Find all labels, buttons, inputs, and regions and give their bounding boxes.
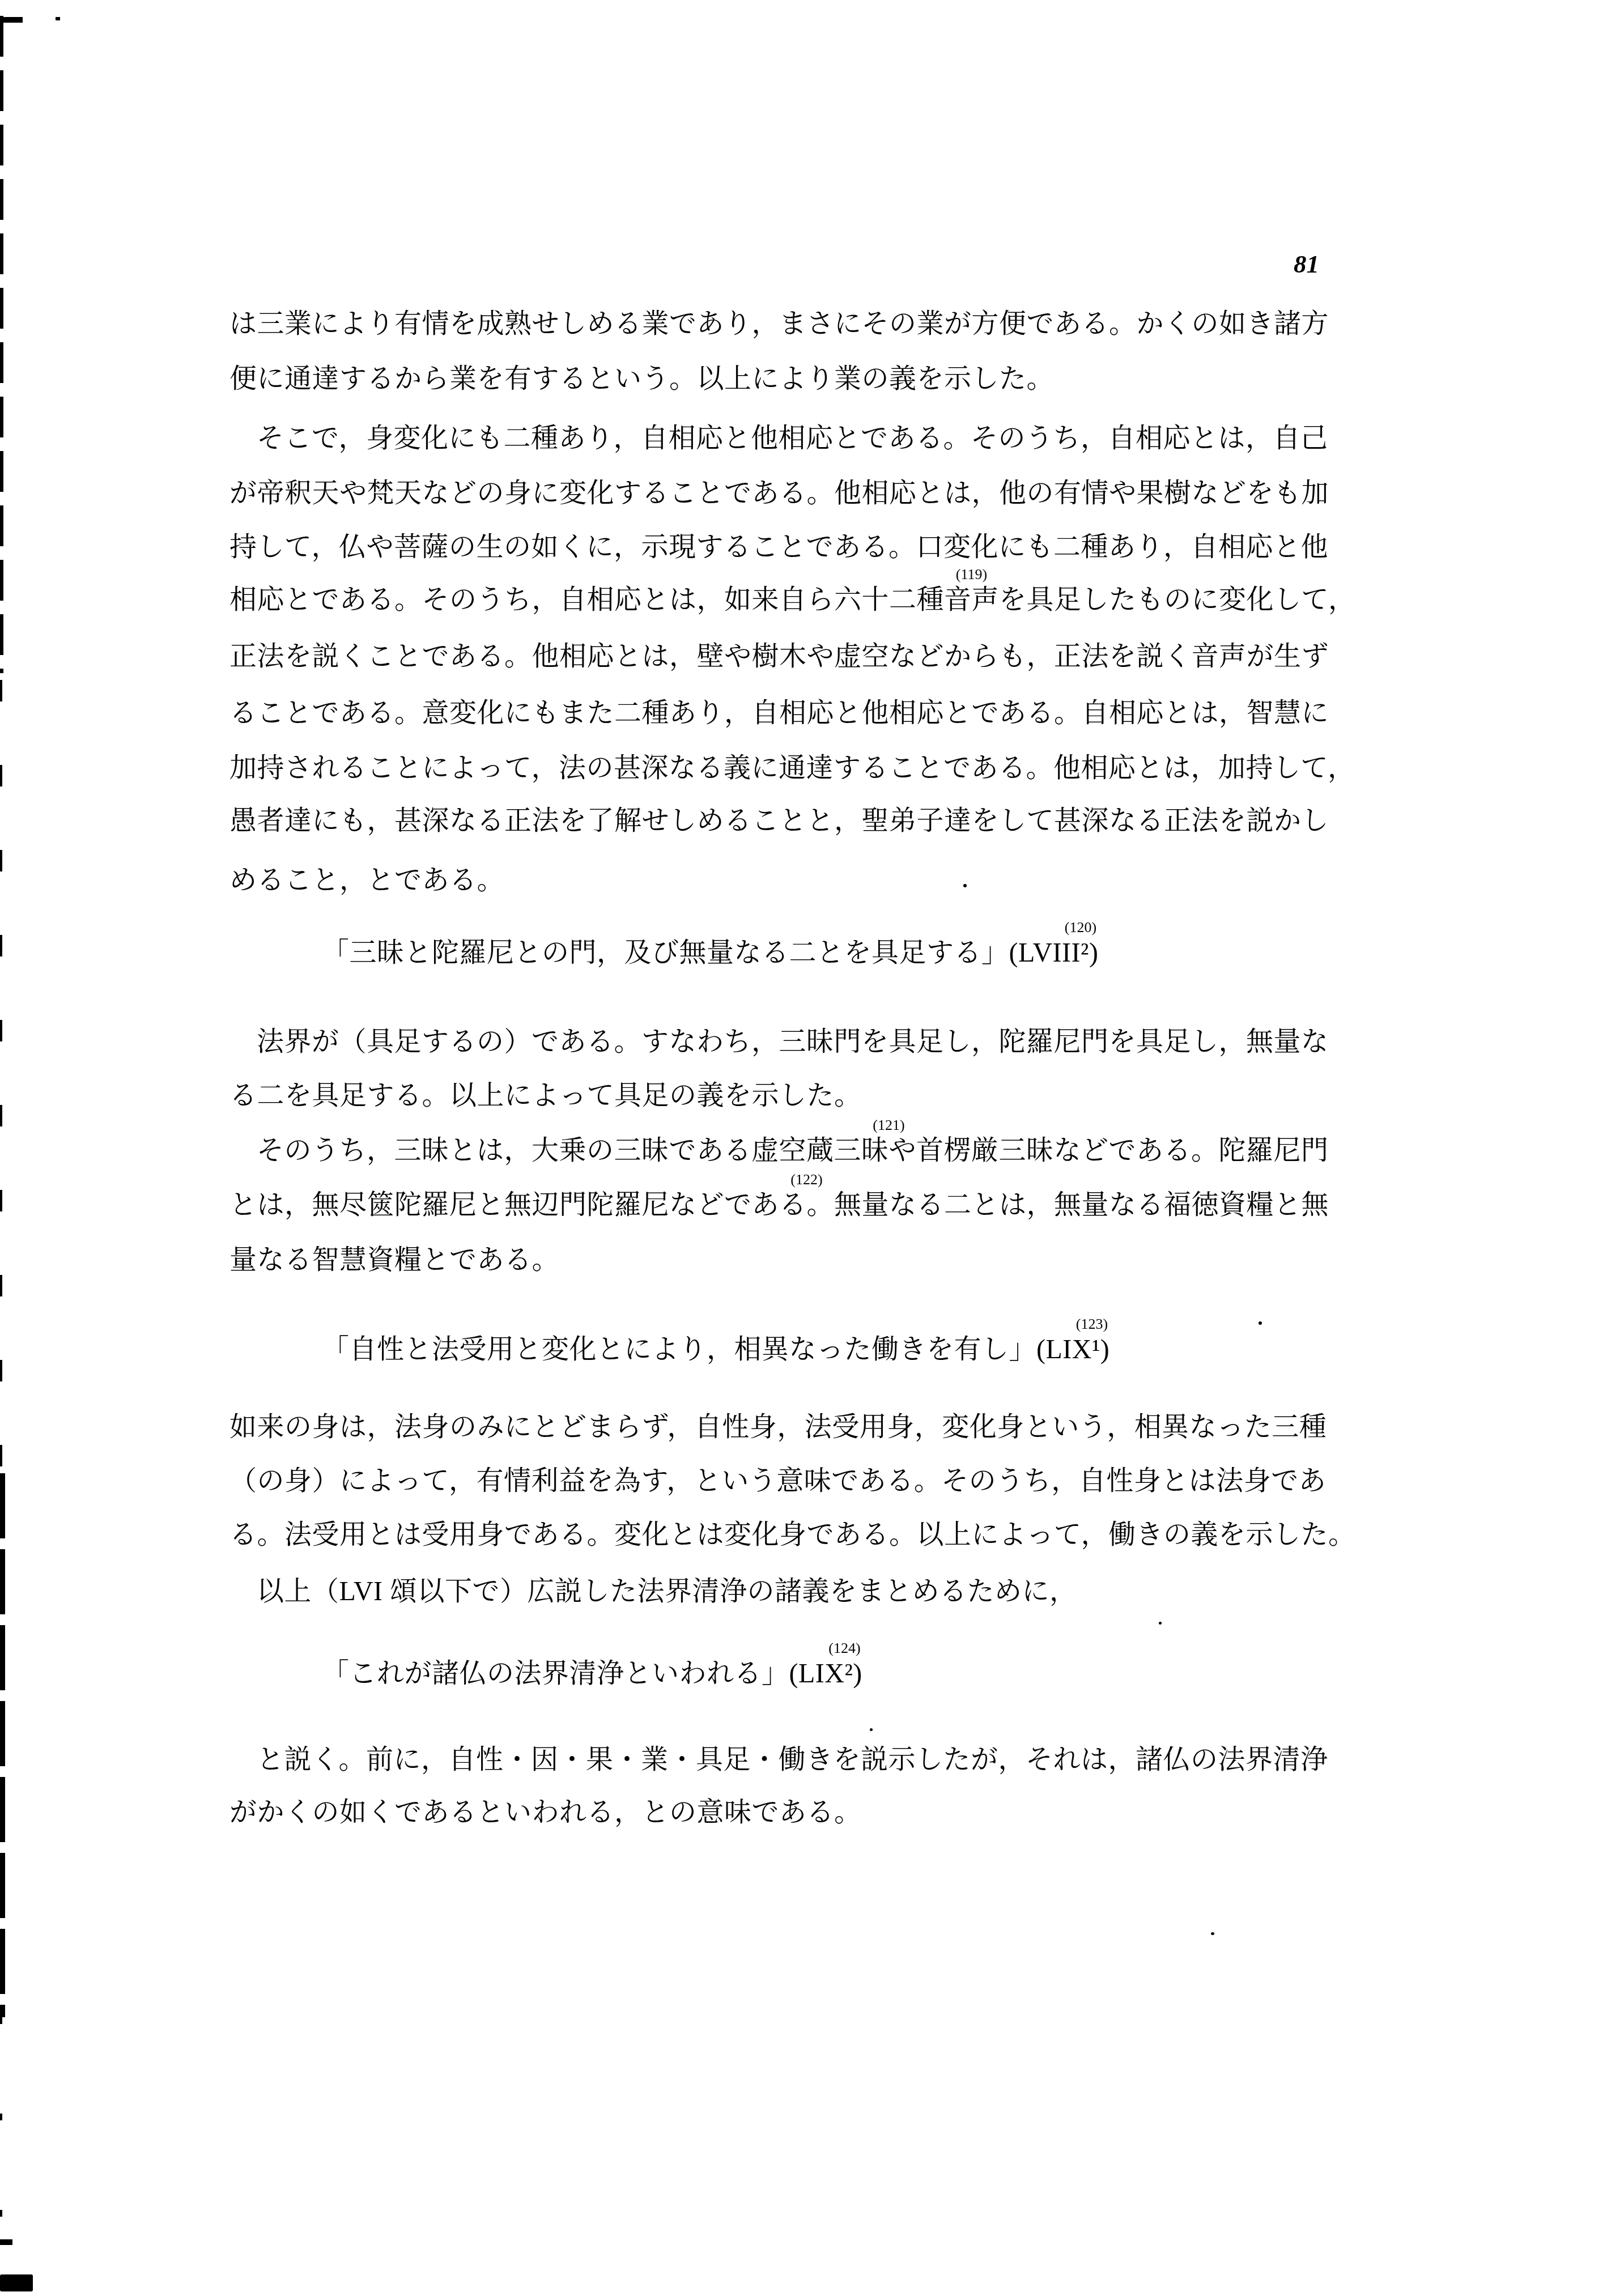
text-segment: が帝釈天や梵天などの身に変化することである。他相応とは，他の有情や果樹などをも加: [229, 480, 1329, 507]
text-segment: 。無量なる二とは，無量なる福徳資糧と無: [807, 1192, 1329, 1219]
scan-artifact-corner-speck: [2, 17, 23, 23]
text-segment: がかくの如くであるといわれる，との意味である。: [229, 1799, 862, 1826]
text-segment: めること，とである。: [229, 867, 504, 894]
footnote-marker: (121): [873, 1118, 904, 1133]
text-line: 以上（LVI 頌以下で）広説した法界清浄の諸義をまとめるために，: [257, 1578, 1077, 1605]
text-line: 正法を説くことである。他相応とは，壁や樹木や虚空などからも，正法を説く音声が生ず: [229, 643, 1329, 670]
footnote-marker: (122): [790, 1172, 822, 1187]
text-line: （の身）によって，有情利益を為す，という意味である。そのうち，自性身とは法身であ: [229, 1468, 1326, 1495]
text-line: 如来の身は，法身のみにとどまらず，自性身，法受用身，変化身という，相異なった三種: [229, 1414, 1327, 1441]
text-line: そこで，身変化にも二種あり，自相応と他相応とである。そのうち，自相応とは，自己: [257, 425, 1328, 452]
text-segment: 持して，仏や菩薩の生の如くに，示現することである。口変化にも二種あり，自相応と他: [229, 534, 1328, 561]
text-segment: 「自性と法受用と変化とにより，相異なった働きを有し」(LIX(123): [322, 1336, 1092, 1363]
footnote-marker: (119): [956, 567, 987, 582]
text-line: 相応とである。そのうち，自相応とは，如来自ら六十二種音(119)声を具足したもの…: [229, 586, 1356, 614]
text-segment: 便に通達するから業を有するという。以上により業の義を示した。: [229, 365, 1054, 393]
text-segment: ²): [1081, 939, 1098, 967]
text-line: 愚者達にも，甚深なる正法を了解せしめることと，聖弟子達をして甚深なる正法を説かし: [229, 807, 1329, 835]
text-segment: 量なる智慧資糧とである。: [229, 1247, 559, 1274]
text-line: とは，無尽篋陀羅尼と無辺門陀羅尼などである(122)。無量なる二とは，無量なる福…: [229, 1192, 1329, 1219]
scan-speck: [963, 884, 967, 887]
text-line: る二を具足する。以上によって具足の義を示した。: [229, 1082, 862, 1109]
text-line: 法界が（具足するの）である。すなわち，三昧門を具足し，陀羅尼門を具足し，無量な: [257, 1028, 1329, 1056]
text-line: 持して，仏や菩薩の生の如くに，示現することである。口変化にも二種あり，自相応と他: [229, 534, 1328, 561]
scan-speck: [1211, 1932, 1214, 1935]
text-line: は三業により有情を成熟せしめる業であり，まさにその業が方便である。かくの如き諸方: [229, 311, 1329, 338]
text-segment: （の身）によって，有情利益を為す，という意味である。そのうち，自性身とは法身であ: [229, 1468, 1326, 1495]
scan-artifact-bottom-blob: [0, 2274, 33, 2291]
scan-speck: [870, 1728, 873, 1731]
footnote-marker: (124): [828, 1641, 860, 1656]
footnote-marker: (120): [1065, 920, 1096, 935]
scan-artifact-tick: [0, 2239, 12, 2245]
text-line: がかくの如くであるといわれる，との意味である。: [229, 1799, 862, 1826]
text-segment: ²): [844, 1660, 862, 1687]
text-segment: と説く。前に，自性・因・果・業・具足・働きを説示したが，それは，諸仏の法界清浄: [257, 1746, 1328, 1774]
text-segment: 正法を説くことである。他相応とは，壁や樹木や虚空などからも，正法を説く音声が生ず: [229, 643, 1329, 670]
text-line: 「これが諸仏の法界清浄といわれる」(LIX(124)²): [322, 1660, 862, 1687]
text-line: 加持されることによって，法の甚深なる義に通達することである。他相応とは，加持して…: [229, 755, 1355, 782]
text-segment: る二を具足する。以上によって具足の義を示した。: [229, 1082, 862, 1109]
text-segment: 愚者達にも，甚深なる正法を了解せしめることと，聖弟子達をして甚深なる正法を説かし: [229, 807, 1329, 835]
text-segment: や首楞厳三昧などである。陀羅尼門: [889, 1137, 1329, 1164]
text-segment: 「これが諸仏の法界清浄といわれる」(LIX(124): [322, 1660, 844, 1687]
text-line: ることである。意変化にもまた二種あり，自相応と他相応とである。自相応とは，智慧に: [229, 700, 1329, 727]
scanned-document-page: 81 は三業により有情を成熟せしめる業であり，まさにその業が方便である。かくの如…: [0, 0, 1624, 2296]
text-segment: ¹): [1092, 1336, 1109, 1363]
scan-artifact-left-edge: [0, 16, 3, 673]
footnote-marker: (123): [1076, 1317, 1108, 1332]
text-segment: 声を具足したものに変化して，: [972, 586, 1356, 614]
text-segment: 以上（LVI 頌以下で）広説した法界清浄の諸義をまとめるために，: [257, 1578, 1077, 1605]
scan-speck: [1159, 1622, 1162, 1625]
text-segment: そこで，身変化にも二種あり，自相応と他相応とである。そのうち，自相応とは，自己: [257, 425, 1328, 452]
scan-artifact-left-edge: [0, 680, 2, 1473]
text-segment: 「三昧と陀羅尼との門，及び無量なる二とを具足する」(LVIII(120): [322, 939, 1081, 967]
text-line: 便に通達するから業を有するという。以上により業の義を示した。: [229, 365, 1054, 393]
text-line: る。法受用とは受用身である。変化とは変化身である。以上によって，働きの義を示した…: [229, 1521, 1356, 1549]
text-segment: 加持されることによって，法の甚深なる義に通達することである。他相応とは，加持して…: [229, 755, 1355, 782]
scan-artifact-corner-speck: [56, 17, 60, 20]
text-segment: ることである。意変化にもまた二種あり，自相応と他相応とである。自相応とは，智慧に: [229, 700, 1329, 727]
text-segment: そのうち，三昧とは，大乗の三昧である虚空蔵三昧(121): [257, 1137, 889, 1164]
text-line: 「自性と法受用と変化とにより，相異なった働きを有し」(LIX(123)¹): [322, 1336, 1109, 1363]
text-segment: 相応とである。そのうち，自相応とは，如来自ら六十二種音(119): [229, 586, 972, 614]
text-line: と説く。前に，自性・因・果・業・具足・働きを説示したが，それは，諸仏の法界清浄: [257, 1746, 1328, 1774]
scan-artifact-left-edge: [0, 2017, 2, 2267]
text-segment: は三業により有情を成熟せしめる業であり，まさにその業が方便である。かくの如き諸方: [229, 311, 1329, 338]
text-line: 量なる智慧資糧とである。: [229, 1247, 559, 1274]
text-segment: る。法受用とは受用身である。変化とは変化身である。以上によって，働きの義を示した…: [229, 1521, 1356, 1549]
text-segment: 法界が（具足するの）である。すなわち，三昧門を具足し，陀羅尼門を具足し，無量な: [257, 1028, 1329, 1056]
text-line: 「三昧と陀羅尼との門，及び無量なる二とを具足する」(LVIII(120)²): [322, 939, 1098, 967]
text-block: は三業により有情を成熟せしめる業であり，まさにその業が方便である。かくの如き諸方…: [0, 0, 1624, 2296]
scan-speck: [1259, 1321, 1262, 1325]
text-segment: 如来の身は，法身のみにとどまらず，自性身，法受用身，変化身という，相異なった三種: [229, 1414, 1327, 1441]
text-line: めること，とである。: [229, 867, 504, 894]
text-line: が帝釈天や梵天などの身に変化することである。他相応とは，他の有情や果樹などをも加: [229, 480, 1329, 507]
text-segment: とは，無尽篋陀羅尼と無辺門陀羅尼などである(122): [229, 1192, 807, 1219]
scan-artifact-left-edge: [0, 1473, 5, 2017]
text-line: そのうち，三昧とは，大乗の三昧である虚空蔵三昧(121)や首楞厳三昧などである。…: [257, 1137, 1329, 1164]
